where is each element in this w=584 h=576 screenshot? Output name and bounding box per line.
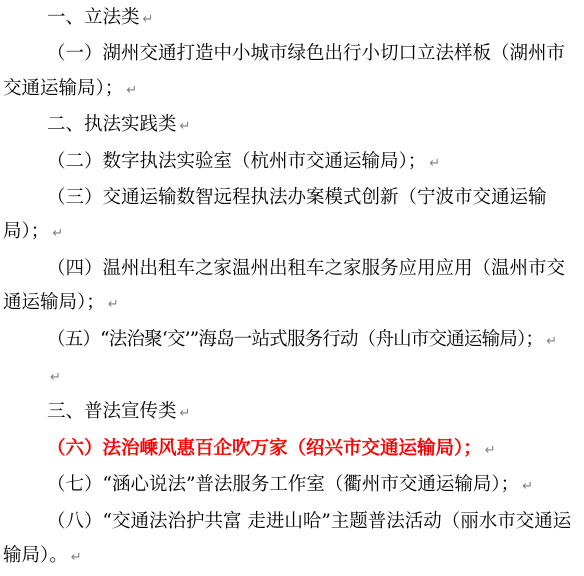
paragraph-mark-icon: ↵ bbox=[429, 156, 440, 171]
list-item-6-highlighted: （六）法治嵊风惠百企吹万家（绍兴市交通运输局）；↵ bbox=[3, 432, 582, 468]
list-item-1: （一）湖州交通打造中小城市绿色出行小切口立法样板（湖州市交通运输局）；↵ bbox=[3, 37, 582, 108]
paragraph-text: （五）“法治聚‘交’”海岛一站式服务行动（舟山市交通运输局）； bbox=[47, 329, 543, 350]
list-item-2: （二）数字执法实验室（杭州市交通运输局）；↵ bbox=[3, 145, 582, 181]
paragraph-mark-icon: ↵ bbox=[71, 550, 82, 565]
heading-category-legislation: 一、立法类↵ bbox=[3, 1, 582, 37]
paragraph-mark-icon: ↵ bbox=[52, 226, 63, 241]
list-item-4: （四）温州出租车之家温州出租车之家服务应用应用（温州市交通运输局）；↵ bbox=[3, 252, 582, 323]
paragraph-text: （二）数字执法实验室（杭州市交通运输局）； bbox=[47, 151, 426, 172]
paragraph-mark-icon: ↵ bbox=[522, 479, 533, 494]
paragraph-text: （八）“交通法治护共富 走进山哈”主题普法活动（丽水市交通运输局）。 bbox=[3, 511, 571, 566]
heading-category-publicity: 三、普法宣传类↵ bbox=[3, 395, 582, 431]
heading-category-enforcement: 二、执法实践类↵ bbox=[3, 108, 582, 144]
paragraph-text: 二、执法实践类 bbox=[47, 114, 177, 135]
list-item-5: （五）“法治聚‘交’”海岛一站式服务行动（舟山市交通运输局）；↵ bbox=[3, 323, 582, 359]
paragraph-mark-icon: ↵ bbox=[180, 406, 191, 421]
paragraph-text: 一、立法类 bbox=[47, 7, 140, 28]
paragraph-text: （一）湖州交通打造中小城市绿色出行小切口立法样板（湖州市交通运输局）； bbox=[3, 43, 565, 98]
paragraph-mark-icon: ↵ bbox=[485, 443, 496, 458]
list-item-3: （三）交通运输数智远程执法办案模式创新（宁波市交通运输局）；↵ bbox=[3, 181, 582, 252]
paragraph-mark-icon: ↵ bbox=[143, 12, 154, 27]
paragraph-text: （四）温州出租车之家温州出租车之家服务应用应用（温州市交通运输局）； bbox=[3, 258, 565, 313]
paragraph-mark-icon: ↵ bbox=[50, 370, 61, 385]
list-item-7: （七）“涵心说法”普法服务工作室（衢州市交通运输局）；↵ bbox=[3, 468, 582, 504]
paragraph-mark-icon: ↵ bbox=[546, 334, 557, 349]
paragraph-mark-icon: ↵ bbox=[108, 297, 119, 312]
empty-paragraph: ↵ bbox=[3, 359, 582, 395]
paragraph-mark-icon: ↵ bbox=[180, 119, 191, 134]
paragraph-text: （七）“涵心说法”普法服务工作室（衢州市交通运输局）； bbox=[47, 474, 519, 495]
list-item-8: （八）“交通法治护共富 走进山哈”主题普法活动（丽水市交通运输局）。↵ bbox=[3, 505, 582, 576]
paragraph-mark-icon: ↵ bbox=[126, 83, 137, 98]
paragraph-text: 三、普法宣传类 bbox=[47, 401, 177, 422]
document-page: 一、立法类↵ （一）湖州交通打造中小城市绿色出行小切口立法样板（湖州市交通运输局… bbox=[0, 0, 584, 576]
paragraph-text: （六）法治嵊风惠百企吹万家（绍兴市交通运输局）； bbox=[47, 438, 482, 459]
paragraph-text: （三）交通运输数智远程执法办案模式创新（宁波市交通运输局）； bbox=[3, 187, 547, 242]
